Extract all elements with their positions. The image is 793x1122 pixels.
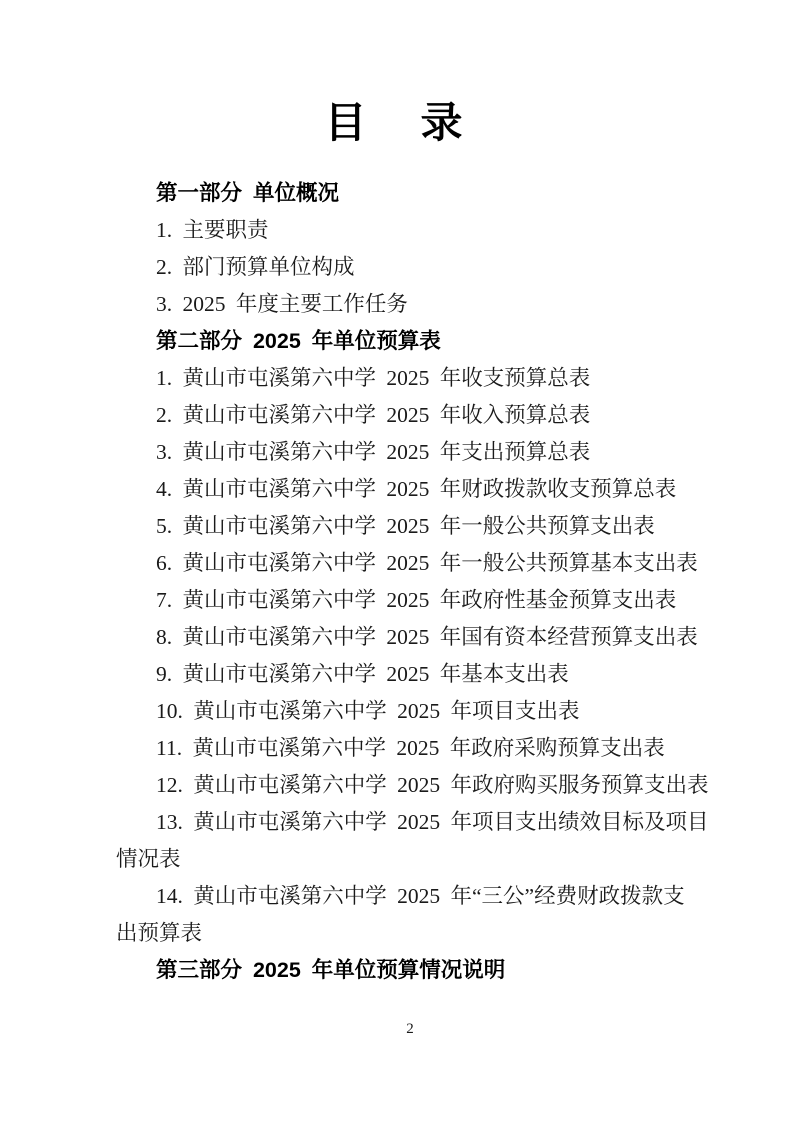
toc-item: 9. 黄山市屯溪第六中学 2025 年基本支出表 xyxy=(116,656,733,693)
toc-item: 11. 黄山市屯溪第六中学 2025 年政府采购预算支出表 xyxy=(116,730,733,767)
toc-section-heading-3: 第三部分 2025 年单位预算情况说明 xyxy=(116,952,733,989)
toc-item: 2. 部门预算单位构成 xyxy=(116,249,733,286)
toc-item: 3. 2025 年度主要工作任务 xyxy=(116,286,733,323)
page-number: 2 xyxy=(116,1020,704,1038)
toc-item-continuation: 情况表 xyxy=(116,841,733,878)
toc-item: 13. 黄山市屯溪第六中学 2025 年项目支出绩效目标及项目 xyxy=(116,804,733,841)
toc-item: 10. 黄山市屯溪第六中学 2025 年项目支出表 xyxy=(116,693,733,730)
toc-item: 4. 黄山市屯溪第六中学 2025 年财政拨款收支预算总表 xyxy=(116,471,733,508)
toc-item: 2. 黄山市屯溪第六中学 2025 年收入预算总表 xyxy=(116,397,733,434)
toc-item: 5. 黄山市屯溪第六中学 2025 年一般公共预算支出表 xyxy=(116,508,733,545)
table-of-contents: 第一部分 单位概况 1. 主要职责 2. 部门预算单位构成 3. 2025 年度… xyxy=(0,175,793,989)
toc-item: 3. 黄山市屯溪第六中学 2025 年支出预算总表 xyxy=(116,434,733,471)
toc-item-continuation: 出预算表 xyxy=(116,915,733,952)
document-page: 目 录 第一部分 单位概况 1. 主要职责 2. 部门预算单位构成 3. 202… xyxy=(0,0,793,1122)
toc-item: 7. 黄山市屯溪第六中学 2025 年政府性基金预算支出表 xyxy=(116,582,733,619)
toc-item: 6. 黄山市屯溪第六中学 2025 年一般公共预算基本支出表 xyxy=(116,545,733,582)
page-title: 目 录 xyxy=(0,0,793,149)
toc-item: 12. 黄山市屯溪第六中学 2025 年政府购买服务预算支出表 xyxy=(116,767,733,804)
toc-item: 1. 主要职责 xyxy=(116,212,733,249)
toc-item: 8. 黄山市屯溪第六中学 2025 年国有资本经营预算支出表 xyxy=(116,619,733,656)
toc-item: 1. 黄山市屯溪第六中学 2025 年收支预算总表 xyxy=(116,360,733,397)
toc-item: 14. 黄山市屯溪第六中学 2025 年“三公”经费财政拨款支 xyxy=(116,878,733,915)
toc-section-heading-2: 第二部分 2025 年单位预算表 xyxy=(116,323,733,360)
toc-section-heading-1: 第一部分 单位概况 xyxy=(116,175,733,212)
